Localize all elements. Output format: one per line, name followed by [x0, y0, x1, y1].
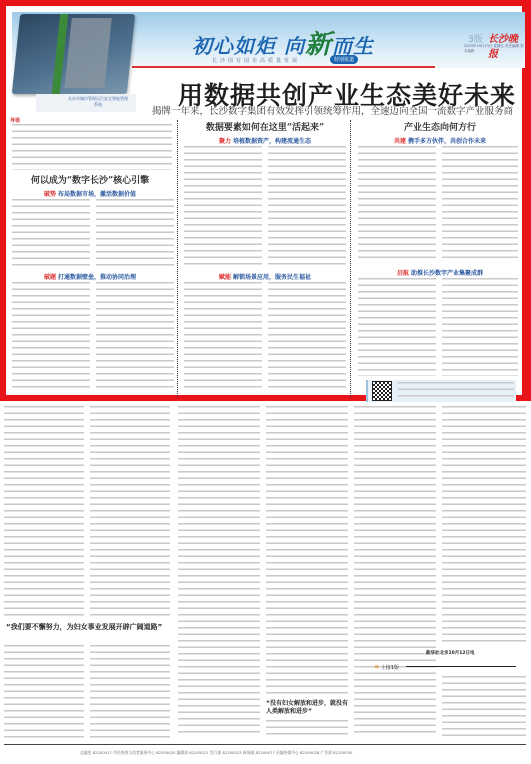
subslogan: 长沙国有国企高质量发展	[212, 57, 300, 64]
special-report-badge: 特别报道	[330, 55, 358, 64]
subsection-title: 赋能 解锁场景应用，服务民生福祉	[185, 272, 345, 281]
dashboard-image	[12, 14, 135, 94]
section-title: 产业生态向何方行	[360, 120, 520, 133]
image-caption: 长沙市城市管理运行安全智能管理系统	[68, 96, 128, 108]
body-text	[354, 406, 436, 736]
body-text	[12, 282, 90, 392]
qr-code-icon[interactable]	[372, 381, 392, 401]
quote-heading: “我们要不懈努力，为妇女事业发展开辟广阔道路”	[6, 623, 174, 632]
body-text	[266, 406, 348, 696]
slogan-part1: 初心如炬 向	[192, 34, 305, 58]
body-text	[442, 676, 526, 738]
body-text	[442, 406, 526, 646]
body-text	[184, 146, 262, 266]
body-text	[442, 146, 518, 260]
subheadline: 揭牌一年来，长沙数字集团有效发挥引领统筹作用，全速迈向全国一流数字产业服务商	[152, 103, 513, 117]
heading-rule	[406, 666, 516, 667]
body-text	[90, 645, 170, 740]
body-text	[442, 278, 518, 376]
body-text	[12, 199, 90, 269]
footer-rule	[4, 744, 526, 745]
body-text	[90, 406, 170, 616]
body-text	[96, 282, 174, 392]
body-text	[4, 645, 84, 740]
ad-text: 长沙数字集团旗下数据运营服务平台，扫码关注了解更多。联系电话：长沙数字集团有限公…	[398, 382, 514, 400]
body-text	[178, 406, 260, 736]
byline: 新华社北京10月12日电	[426, 650, 475, 656]
column-divider	[350, 120, 351, 398]
body-text	[268, 146, 346, 266]
section-title: 何以成为“数字长沙”核心引擎	[20, 173, 160, 186]
image-stand: 长沙市城市管理运行安全智能管理系统	[36, 94, 136, 112]
section-title: 数据要素如何在这里“活起来”	[185, 120, 345, 133]
slogan-new: 新	[305, 30, 332, 60]
banner-rule	[132, 66, 435, 68]
body-text	[358, 146, 436, 260]
subsection-title: 破题 打通数据壁垒，推动协同治理	[20, 272, 160, 281]
dateline: 2023年10月13日 星期五 责任编辑 美术编辑	[464, 44, 525, 54]
body-text	[358, 278, 436, 376]
body-text	[268, 282, 346, 392]
subsection-title: 共建 携手多方伙伴，共创合作未来	[360, 136, 520, 145]
subsection-title: 聚力 培植数据资产，构建流通生态	[185, 136, 345, 145]
lead-label: 导语	[10, 117, 20, 124]
subsection-title: 启航 助推长沙数字产业集聚成群	[360, 268, 520, 277]
lead-text	[12, 124, 172, 170]
chevron-left-icon: «	[374, 662, 379, 671]
footer-contacts: 总编室 82200017 市民热线与读者服务中心 82200020 编辑部 82…	[80, 750, 352, 756]
body-text	[266, 720, 348, 738]
continued-heading: « 上接1版	[374, 662, 399, 671]
quote-heading: “没有妇女解放和进步，就没有人类解放和进步”	[266, 700, 352, 716]
ad-box: 长沙数字集团旗下数据运营服务平台，扫码关注了解更多。联系电话：长沙数字集团有限公…	[366, 380, 516, 402]
column-divider	[177, 120, 178, 398]
body-text	[96, 199, 174, 269]
body-text	[184, 282, 262, 392]
body-text	[4, 406, 84, 616]
subsection-title: 破势 布局数据市场，激活数据价值	[20, 189, 160, 198]
